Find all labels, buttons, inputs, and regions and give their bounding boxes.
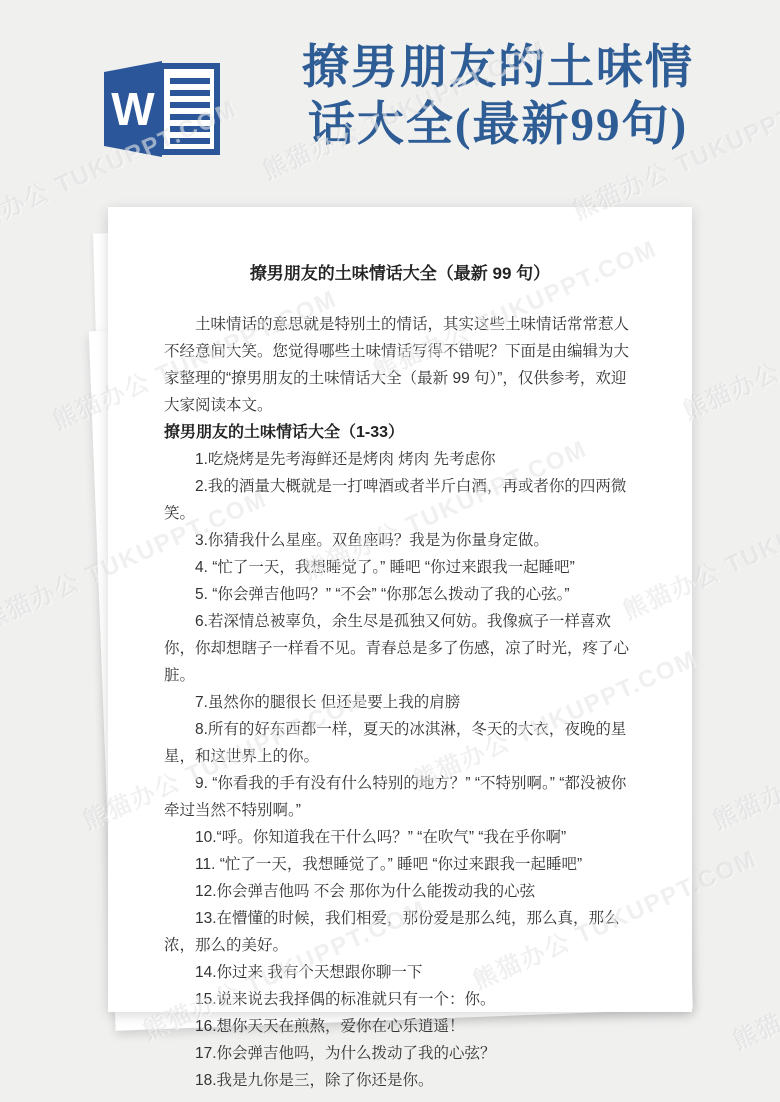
list-item-9: 9. “你看我的手有没有什么特别的地方？” “不特别啊。” “都没被你牵过当然不… [164,770,636,824]
list-item-2: 2.我的酒量大概就是一打啤酒或者半斤白酒，再或者你的四两微笑。 [164,473,636,527]
document-page: 撩男朋友的土味情话大全（最新 99 句） 土味情话的意思就是特别土的情话，其实这… [108,207,692,1012]
list-item-7: 7.虽然你的腿很长 但还是要上我的肩膀 [164,689,636,716]
list-item-14: 14.你过来 我有个天想跟你聊一下 [164,959,636,986]
document-intro: 土味情话的意思就是特别土的情话，其实这些土味情话常常惹人不经意间大笑。您觉得哪些… [164,311,636,419]
list-item-8: 8.所有的好东西都一样，夏天的冰淇淋，冬天的大衣，夜晚的星星，和这世界上的你。 [164,716,636,770]
list-item-5: 5. “你会弹吉他吗？” “不会” “你那怎么拨动了我的心弦。” [164,581,636,608]
header: W 撩男朋友的土味情 话大全(最新99句) [0,0,780,190]
watermark-text: 熊猫办公 TUKUPPT.COM [706,679,780,836]
list-item-4: 4. “忙了一天，我想睡觉了。” 睡吧 “你过来跟我一起睡吧” [164,554,636,581]
list-item-15: 15.说来说去我择偶的标准就只有一个：你。 [164,986,636,1013]
watermark-text: 熊猫办公 TUKUPPT.COM [726,899,780,1056]
list-item-13: 13.在懵懂的时候，我们相爱，那份爱是那么纯，那么真，那么浓，那么的美好。 [164,905,636,959]
list-item-17: 17.你会弹吉他吗，为什么拨动了我的心弦？ [164,1040,636,1067]
document-body: 土味情话的意思就是特别土的情话，其实这些土味情话常常惹人不经意间大笑。您觉得哪些… [164,311,636,1094]
list-item-18: 18.我是九你是三，除了你还是你。 [164,1067,636,1094]
list-item-1: 1.吃烧烤是先考海鲜还是烤肉 烤肉 先考虑你 [164,446,636,473]
list-item-6: 6.若深情总被辜负，余生尽是孤独又何妨。我像疯子一样喜欢你，你却想瞎子一样看不见… [164,608,636,689]
document-title: 撩男朋友的土味情话大全（最新 99 句） [164,259,636,284]
list-item-16: 16.想你天天在煎熬，爱你在心乐逍遥！ [164,1013,636,1040]
word-icon-letter: W [111,83,155,135]
page-title: 撩男朋友的土味情 话大全(最新99句) [240,40,756,154]
list-item-3: 3.你猜我什么星座。双鱼座吗？我是为你量身定做。 [164,527,636,554]
page-title-line1: 撩男朋友的土味情 [240,40,756,97]
word-icon: W [98,56,228,162]
page-canvas: W 撩男朋友的土味情 话大全(最新99句) 撩男朋友的土味情话大全（最新 99 … [0,0,780,1102]
list-item-10: 10.“呼。你知道我在干什么吗？” “在吹气” “我在乎你啊” [164,824,636,851]
list-item-11: 11. “忙了一天，我想睡觉了。” 睡吧 “你过来跟我一起睡吧” [164,851,636,878]
list-item-12: 12.你会弹吉他吗 不会 那你为什么能拨动我的心弦 [164,878,636,905]
page-title-line2: 话大全(最新99句) [240,97,756,154]
section-heading: 撩男朋友的土味情话大全（1-33） [164,419,636,446]
